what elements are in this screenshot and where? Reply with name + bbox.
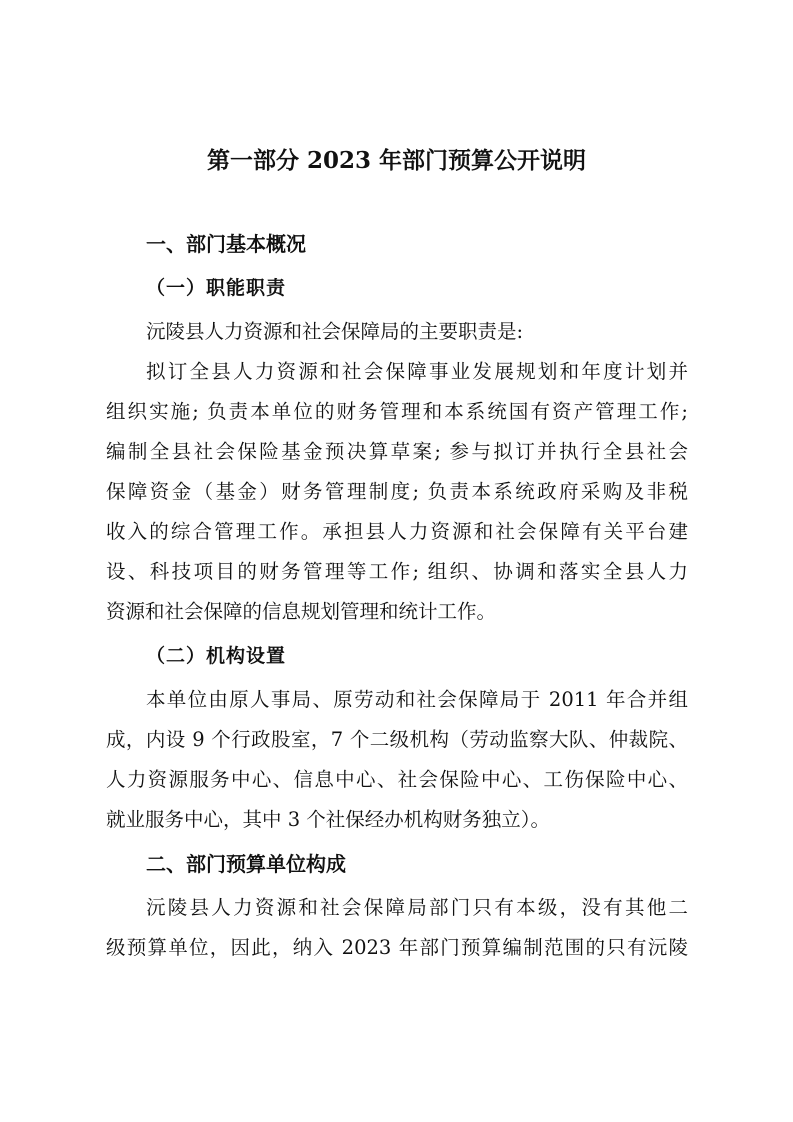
paragraph-line: 拟订全县人力资源和社会保障事业发展规划和年度计划并: [146, 357, 688, 387]
paragraph-line: 收入的综合管理工作。承担县人力资源和社会保障有关平台建: [106, 517, 688, 547]
paragraph-line: 本单位由原人事局、原劳动和社会保障局于 2011 年合并组: [146, 685, 688, 715]
paragraph-line: 成，内设 9 个行政股室，7 个二级机构（劳动监察大队、仲裁院、: [106, 725, 688, 755]
paragraph-line: 沅陵县人力资源和社会保障局的主要职责是:: [146, 317, 688, 347]
section-heading-2: 二、部门预算单位构成: [146, 849, 346, 879]
paragraph-line: 编制全县社会保险基金预决算草案; 参与拟订并执行全县社会: [106, 437, 688, 467]
paragraph-line: 资源和社会保障的信息规划管理和统计工作。: [106, 597, 688, 627]
paragraph-line: 级预算单位，因此，纳入 2023 年部门预算编制范围的只有沅陵: [106, 933, 688, 963]
paragraph-line: 沅陵县人力资源和社会保障局部门只有本级，没有其他二: [146, 893, 688, 923]
subsection-heading-duties: （一）职能职责: [146, 273, 286, 303]
section-heading-1: 一、部门基本概况: [146, 229, 306, 259]
subsection-heading-structure: （二）机构设置: [146, 641, 286, 671]
page-title: 第一部分 2023 年部门预算公开说明: [0, 143, 793, 179]
paragraph-line: 组织实施; 负责本单位的财务管理和本系统国有资产管理工作;: [106, 397, 688, 427]
paragraph-line: 就业服务中心，其中 3 个社保经办机构财务独立）。: [106, 805, 688, 835]
paragraph-line: 人力资源服务中心、信息中心、社会保险中心、工伤保险中心、: [106, 765, 688, 795]
paragraph-line: 保障资金（基金）财务管理制度; 负责本系统政府采购及非税: [106, 477, 688, 507]
document-page: 第一部分 2023 年部门预算公开说明 一、部门基本概况 （一）职能职责 沅陵县…: [0, 0, 793, 1122]
paragraph-line: 设、科技项目的财务管理等工作; 组织、协调和落实全县人力: [106, 557, 688, 587]
